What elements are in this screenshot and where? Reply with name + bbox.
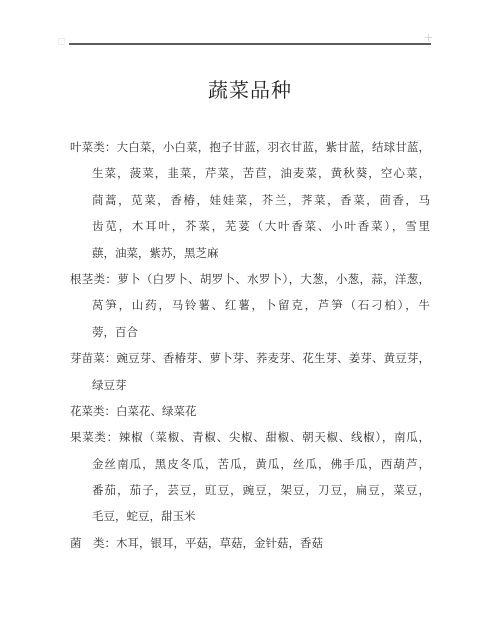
section-line: 根茎类：萝卜（白罗卜、胡罗卜、水罗卜），大葱，小葱，蒜，洋葱， xyxy=(70,267,430,293)
section-line-text: 蕻，油菜，紫苏，黑芝麻 xyxy=(92,248,219,260)
section-line-text: 大白菜，小白菜，抱子甘蓝，羽衣甘蓝，紫甘蓝，结球甘蓝， xyxy=(116,142,430,154)
section-line-text: 生菜，菠菜，韭菜，芹菜，苦苣，油麦菜，黄秋葵，空心菜， xyxy=(92,168,430,180)
section-line: 果菜类：辣椒（菜椒、青椒、尖椒、甜椒、朝天椒、线椒），南瓜， xyxy=(70,425,430,451)
section-line-text: 白菜花、绿菜花 xyxy=(116,406,197,418)
section-line: 花菜类：白菜花、绿菜花 xyxy=(70,399,430,425)
section-line: 叶菜类：大白菜，小白菜，抱子甘蓝，羽衣甘蓝，紫甘蓝，结球甘蓝， xyxy=(70,135,430,161)
section-line-text: 萝卜（白罗卜、胡罗卜、水罗卜），大葱，小葱，蒜，洋葱， xyxy=(117,274,430,286)
section-line: 生菜，菠菜，韭菜，芹菜，苦苣，油麦菜，黄秋葵，空心菜， xyxy=(70,161,430,187)
section-line-text: 毛豆，蛇豆，甜玉米 xyxy=(92,511,196,523)
section-line: 蒡，百合 xyxy=(70,320,430,346)
page-title: 蔬菜品种 xyxy=(0,74,500,103)
section-line: 绿豆芽 xyxy=(70,373,430,399)
section-label: 叶菜类： xyxy=(70,142,116,154)
section-line: 毛豆，蛇豆，甜玉米 xyxy=(70,504,430,530)
section-line-text: 木耳，银耳，平菇，草菇，金针菇，香菇 xyxy=(116,538,323,550)
document-page: 蔬菜品种 叶菜类：大白菜，小白菜，抱子甘蓝，羽衣甘蓝，紫甘蓝，结球甘蓝，生菜，菠… xyxy=(0,0,500,637)
header-rule xyxy=(69,43,431,45)
section-line: 莴笋，山药，马铃薯、红薯，卜留克，芦笋（石刁柏），牛 xyxy=(70,293,430,319)
section-line-text: 绿豆芽 xyxy=(92,380,127,392)
section-line-text: 金丝南瓜，黑皮冬瓜，苦瓜，黄瓜，丝瓜，佛手瓜，西葫芦， xyxy=(92,459,430,471)
section-line: 蕻，油菜，紫苏，黑芝麻 xyxy=(70,241,430,267)
section-label: 芽苗菜： xyxy=(70,353,116,365)
section-label: 菌 类： xyxy=(70,538,116,550)
section-line: 茼蒿，苋菜，香椿，娃娃菜，芥兰，荠菜，香菜，茴香，马 xyxy=(70,188,430,214)
section-line: 菌 类：木耳，银耳，平菇，草菇，金针菇，香菇 xyxy=(70,531,430,557)
section-line-text: 茼蒿，苋菜，香椿，娃娃菜，芥兰，荠菜，香菜，茴香，马 xyxy=(92,195,430,207)
section-label: 根茎类： xyxy=(70,274,117,286)
section-line-text: 辣椒（菜椒、青椒、尖椒、甜椒、朝天椒、线椒），南瓜， xyxy=(119,432,430,444)
section-label: 果菜类： xyxy=(70,432,119,444)
section-label: 花菜类： xyxy=(70,406,116,418)
section-line-text: 番茄，茄子，芸豆，豇豆，豌豆，架豆，刀豆，扁豆，菜豆， xyxy=(92,485,430,497)
header-left-faint-mark xyxy=(58,38,65,45)
section-line: 金丝南瓜，黑皮冬瓜，苦瓜，黄瓜，丝瓜，佛手瓜，西葫芦， xyxy=(70,452,430,478)
section-line: 芽苗菜：豌豆芽、香椿芽、萝卜芽、荞麦芽、花生芽、姜芽、黄豆芽， xyxy=(70,346,430,372)
section-line-text: 莴笋，山药，马铃薯、红薯，卜留克，芦笋（石刁柏），牛 xyxy=(92,300,430,312)
header-anchor-mark xyxy=(425,34,432,41)
section-line: 番茄，茄子，芸豆，豇豆，豌豆，架豆，刀豆，扁豆，菜豆， xyxy=(70,478,430,504)
section-line-text: 蒡，百合 xyxy=(92,327,138,339)
section-line: 齿苋，木耳叶，芥菜，芜荽（大叶香菜、小叶香菜），雪里 xyxy=(70,214,430,240)
section-line-text: 豌豆芽、香椿芽、萝卜芽、荞麦芽、花生芽、姜芽、黄豆芽， xyxy=(116,353,430,365)
document-body: 叶菜类：大白菜，小白菜，抱子甘蓝，羽衣甘蓝，紫甘蓝，结球甘蓝，生菜，菠菜，韭菜，… xyxy=(70,135,430,557)
section-line-text: 齿苋，木耳叶，芥菜，芜荽（大叶香菜、小叶香菜），雪里 xyxy=(92,221,430,233)
